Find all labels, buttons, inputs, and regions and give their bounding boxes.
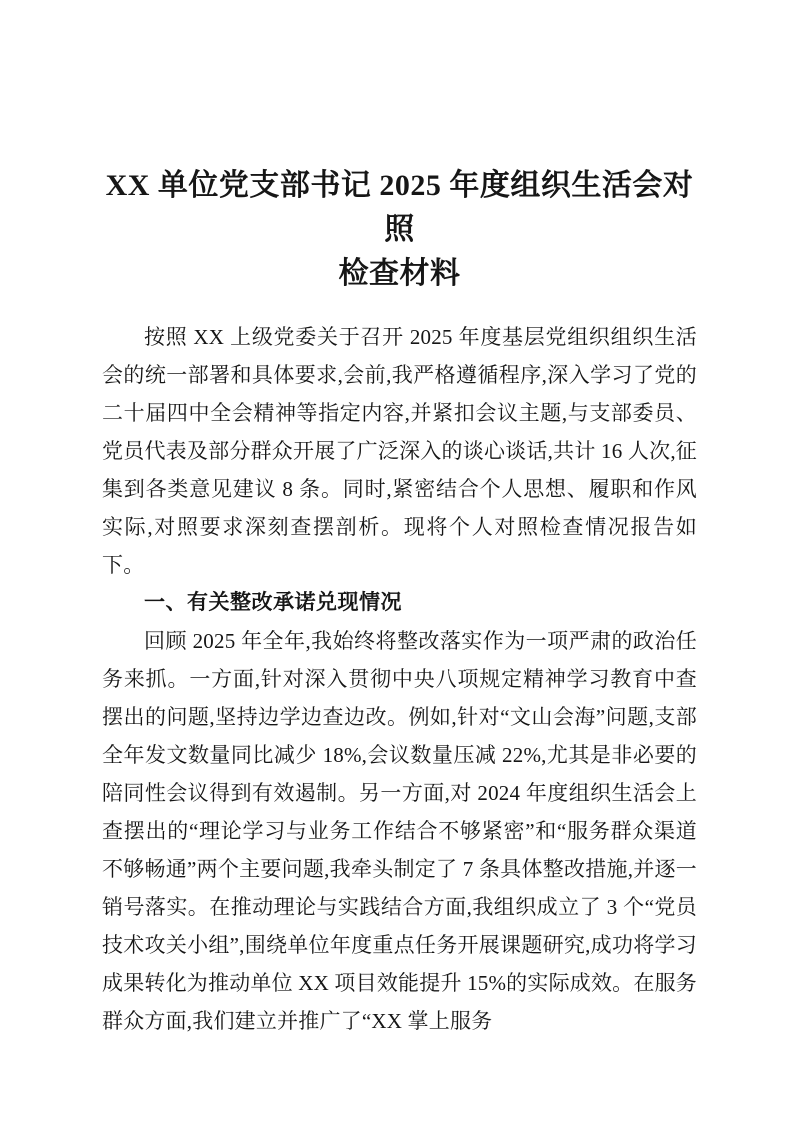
section-1-heading: 一、有关整改承诺兑现情况 bbox=[102, 584, 697, 622]
document-page: XX 单位党支部书记 2025 年度组织生活会对照 检查材料 按照 XX 上级党… bbox=[0, 0, 800, 1131]
document-title: XX 单位党支部书记 2025 年度组织生活会对照 检查材料 bbox=[102, 164, 697, 296]
intro-paragraph: 按照 XX 上级党委关于召开 2025 年度基层党组织组织生活会的统一部署和具体… bbox=[102, 318, 697, 584]
section-1-paragraph: 回顾 2025 年全年,我始终将整改落实作为一项严肃的政治任务来抓。一方面,针对… bbox=[102, 622, 697, 1040]
title-line-1: XX 单位党支部书记 2025 年度组织生活会对照 bbox=[102, 164, 697, 252]
title-line-2: 检查材料 bbox=[102, 252, 697, 296]
